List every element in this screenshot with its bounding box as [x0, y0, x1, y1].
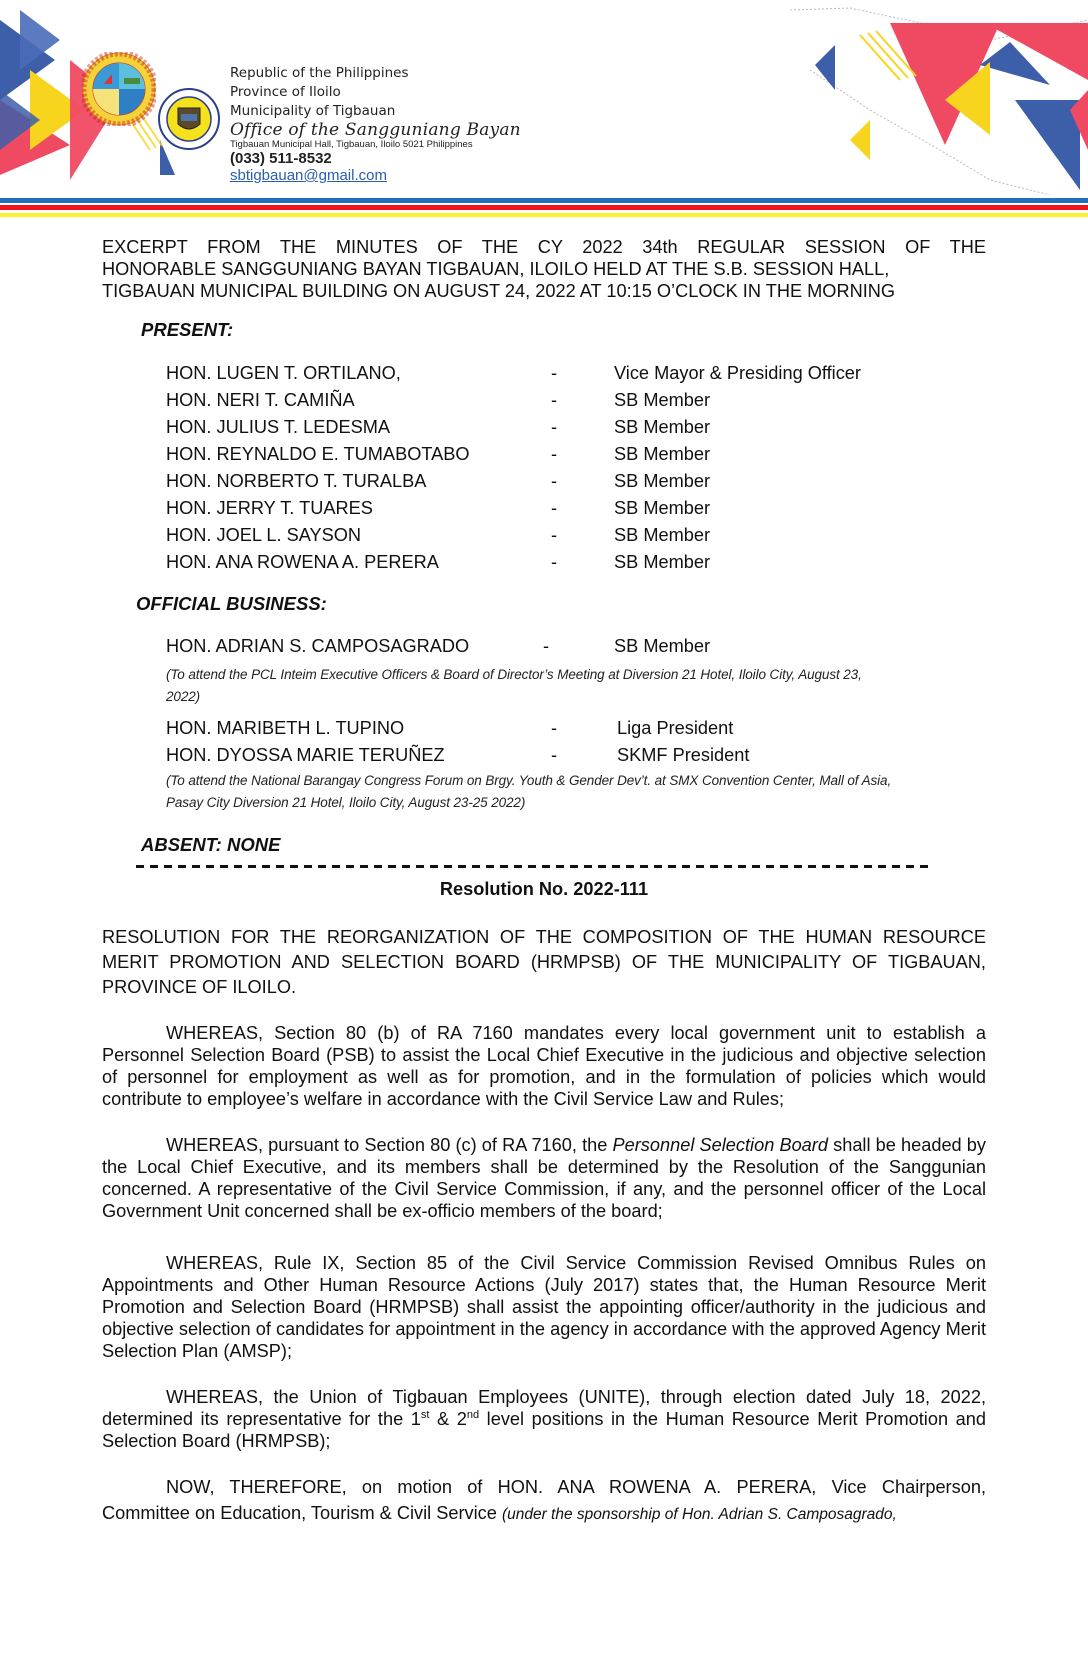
intro-line-2: HONORABLE SANGGUNIANG BAYAN TIGBAUAN, IL… [102, 258, 986, 280]
attendee-separator: - [551, 718, 557, 739]
whereas-paragraph-3: WHEREAS, Rule IX, Section 85 of the Civi… [102, 1252, 986, 1362]
attendee-separator: - [551, 471, 557, 492]
paragraph-text: & 2 [429, 1409, 466, 1429]
header-stripe-blue [0, 198, 1088, 203]
attendee-separator: - [551, 417, 557, 438]
attendee-row: HON. NERI T. CAMIÑA - SB Member [166, 390, 926, 417]
attendee-row: HON. JERRY T. TUARES - SB Member [166, 498, 926, 525]
header-stripe-red [0, 205, 1088, 210]
minutes-excerpt-heading: EXCERPT FROM THE MINUTES OF THE CY 2022 … [102, 236, 986, 302]
attendee-role: SB Member [614, 471, 710, 492]
attendee-role: SB Member [614, 390, 710, 411]
attendee-name: HON. LUGEN T. ORTILANO, [166, 363, 401, 384]
attendee-role: Vice Mayor & Presiding Officer [614, 363, 861, 384]
attendee-name: HON. NORBERTO T. TURALBA [166, 471, 426, 492]
present-label: PRESENT: [141, 319, 233, 341]
now-therefore-paragraph: NOW, THEREFORE, on motion of HON. ANA RO… [102, 1474, 986, 1528]
now-therefore-line-1: NOW, THEREFORE, on motion of HON. ANA RO… [102, 1474, 986, 1500]
note-line: 2022) [166, 686, 966, 708]
attendee-row: HON. NORBERTO T. TURALBA - SB Member [166, 471, 926, 498]
attendee-role: SB Member [614, 636, 710, 657]
sangguniang-bayan-seal [158, 88, 220, 150]
letterhead-country: Republic of the Philippines [230, 64, 521, 83]
attendee-separator: - [551, 552, 557, 573]
whereas-paragraph-1: WHEREAS, Section 80 (b) of RA 7160 manda… [102, 1022, 986, 1110]
attendee-separator: - [551, 498, 557, 519]
letterhead-province: Province of Iloilo [230, 83, 521, 102]
attendee-name: HON. ADRIAN S. CAMPOSAGRADO [166, 636, 469, 657]
note-line: (To attend the PCL Inteim Executive Offi… [166, 664, 966, 686]
letterhead-municipality: Municipality of Tigbauan [230, 102, 521, 121]
official-business-note-1: (To attend the PCL Inteim Executive Offi… [166, 664, 966, 708]
letterhead-email-link[interactable]: sbtigbauan@gmail.com [230, 167, 521, 185]
paragraph-emphasis: Personnel Selection Board [612, 1135, 828, 1155]
attendee-name: HON. MARIBETH L. TUPINO [166, 718, 404, 739]
attendee-row: HON. LUGEN T. ORTILANO, - Vice Mayor & P… [166, 363, 926, 390]
attendee-name: HON. REYNALDO E. TUMABOTABO [166, 444, 470, 465]
paragraph-text: NOW, THEREFORE, on motion of HON. ANA RO… [166, 1477, 986, 1497]
municipality-seal [82, 52, 156, 126]
absent-label: ABSENT: NONE [141, 834, 280, 856]
attendee-separator: - [551, 390, 557, 411]
attendee-separator: - [551, 363, 557, 384]
paragraph-text: Committee on Education, Tourism & Civil … [102, 1503, 502, 1523]
attendee-role: SB Member [614, 525, 710, 546]
intro-line-1: EXCERPT FROM THE MINUTES OF THE CY 2022 … [102, 236, 986, 258]
attendee-row: HON. ADRIAN S. CAMPOSAGRADO - SB Member [166, 636, 926, 663]
attendee-name: HON. JOEL L. SAYSON [166, 525, 361, 546]
attendee-name: HON. JERRY T. TUARES [166, 498, 373, 519]
official-business-note-2: (To attend the National Barangay Congres… [166, 770, 986, 814]
attendee-row: HON. ANA ROWENA A. PERERA - SB Member [166, 552, 926, 579]
dashed-separator [136, 865, 932, 868]
letterhead-address: Tigbauan Municipal Hall, Tigbauan, Iloil… [230, 139, 521, 150]
intro-line-3: TIGBAUAN MUNICIPAL BUILDING ON AUGUST 24… [102, 280, 986, 302]
attendee-role: SB Member [614, 444, 710, 465]
paragraph-text: WHEREAS, pursuant to Section 80 (c) of R… [166, 1135, 612, 1155]
letterhead-phone: (033) 511-8532 [230, 150, 521, 167]
whereas-paragraph-2: WHEREAS, pursuant to Section 80 (c) of R… [102, 1134, 986, 1222]
resolution-number: Resolution No. 2022-111 [0, 879, 1088, 900]
attendee-row: HON. JULIUS T. LEDESMA - SB Member [166, 417, 926, 444]
attendee-name: HON. JULIUS T. LEDESMA [166, 417, 390, 438]
attendee-role: SB Member [614, 498, 710, 519]
whereas-paragraph-4: WHEREAS, the Union of Tigbauan Employees… [102, 1386, 986, 1452]
letterhead-office: Office of the Sangguniang Bayan [230, 121, 521, 139]
attendee-separator: - [543, 636, 549, 657]
letterhead: Republic of the Philippines Province of … [230, 64, 521, 185]
attendee-separator: - [551, 525, 557, 546]
ordinal-suffix: nd [467, 1409, 479, 1421]
attendee-role: SB Member [614, 417, 710, 438]
attendee-role: SB Member [614, 552, 710, 573]
attendee-row: HON. REYNALDO E. TUMABOTABO - SB Member [166, 444, 926, 471]
attendee-separator: - [551, 444, 557, 465]
now-therefore-line-2: Committee on Education, Tourism & Civil … [102, 1500, 986, 1528]
resolution-title: RESOLUTION FOR THE REORGANIZATION OF THE… [102, 925, 986, 1000]
sponsorship-note: (under the sponsorship of Hon. Adrian S.… [502, 1506, 897, 1523]
attendee-row: HON. DYOSSA MARIE TERUÑEZ - SKMF Preside… [166, 745, 926, 772]
header-decoration-right [790, 0, 1088, 200]
attendee-separator: - [551, 745, 557, 766]
attendee-row: HON. JOEL L. SAYSON - SB Member [166, 525, 926, 552]
note-line: Pasay City Diversion 21 Hotel, Iloilo Ci… [166, 792, 986, 814]
attendee-role: SKMF President [617, 745, 749, 766]
attendee-name: HON. ANA ROWENA A. PERERA [166, 552, 439, 573]
note-line: (To attend the National Barangay Congres… [166, 770, 986, 792]
attendee-name: HON. DYOSSA MARIE TERUÑEZ [166, 745, 445, 766]
header-stripe-yellow [0, 213, 1088, 217]
paragraph-text: WHEREAS, Section 80 (b) of RA 7160 manda… [102, 1023, 986, 1109]
paragraph-text: WHEREAS, Rule IX, Section 85 of the Civi… [102, 1253, 986, 1361]
attendee-row: HON. MARIBETH L. TUPINO - Liga President [166, 718, 926, 745]
attendee-name: HON. NERI T. CAMIÑA [166, 390, 355, 411]
attendee-role: Liga President [617, 718, 733, 739]
official-business-label: OFFICIAL BUSINESS: [136, 593, 327, 615]
